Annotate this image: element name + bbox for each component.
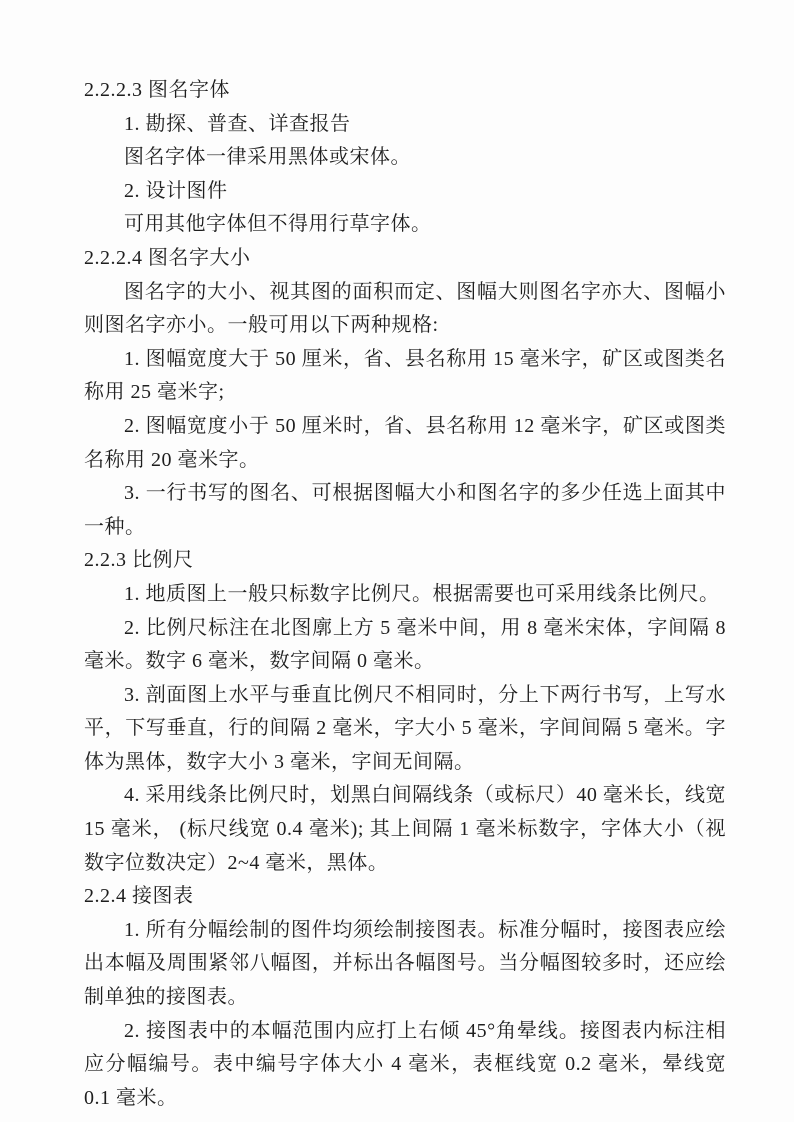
paragraph: 图名字体一律采用黑体或宋体。 <box>84 141 726 175</box>
section-heading: 2.2.4 接图表 <box>84 880 726 914</box>
paragraph: 2. 接图表中的本幅范围内应打上右倾 45°角晕线。接图表内标注相应分幅编号。表… <box>84 1015 726 1116</box>
document-page: 2.2.2.3 图名字体1. 勘探、普查、详查报告图名字体一律采用黑体或宋体。2… <box>0 0 794 1122</box>
paragraph: 1. 图幅宽度大于 50 厘米，省、县名称用 15 毫米字，矿区或图类名称用 2… <box>84 343 726 410</box>
section-heading: 2.2.2.3 图名字体 <box>84 74 726 108</box>
section-heading: 2.2.2.4 图名字大小 <box>84 242 726 276</box>
section-heading: 2.2.3 比例尺 <box>84 544 726 578</box>
paragraph: 3. 一行书写的图名、可根据图幅大小和图名字的多少任选上面其中一种。 <box>84 477 726 544</box>
paragraph: 4. 采用线条比例尺时，划黑白间隔线条（或标尺）40 毫米长，线宽 15 毫米，… <box>84 779 726 880</box>
paragraph: 2. 设计图件 <box>84 175 726 209</box>
paragraph: 2. 比例尺标注在北图廓上方 5 毫米中间，用 8 毫米宋体，字间隔 8 毫米。… <box>84 612 726 679</box>
paragraph: 2. 图幅宽度小于 50 厘米时，省、县名称用 12 毫米字，矿区或图类名称用 … <box>84 410 726 477</box>
paragraph: 1. 勘探、普查、详查报告 <box>84 108 726 142</box>
document-content: 2.2.2.3 图名字体1. 勘探、普查、详查报告图名字体一律采用黑体或宋体。2… <box>84 74 726 1115</box>
paragraph: 图名字的大小、视其图的面积而定、图幅大则图名字亦大、图幅小则图名字亦小。一般可用… <box>84 276 726 343</box>
paragraph: 1. 所有分幅绘制的图件均须绘制接图表。标准分幅时，接图表应绘出本幅及周围紧邻八… <box>84 914 726 1015</box>
paragraph: 可用其他字体但不得用行草字体。 <box>84 208 726 242</box>
paragraph: 1. 地质图上一般只标数字比例尺。根据需要也可采用线条比例尺。 <box>84 578 726 612</box>
paragraph: 3. 剖面图上水平与垂直比例尺不相同时，分上下两行书写，上写水平，下写垂直，行的… <box>84 679 726 780</box>
